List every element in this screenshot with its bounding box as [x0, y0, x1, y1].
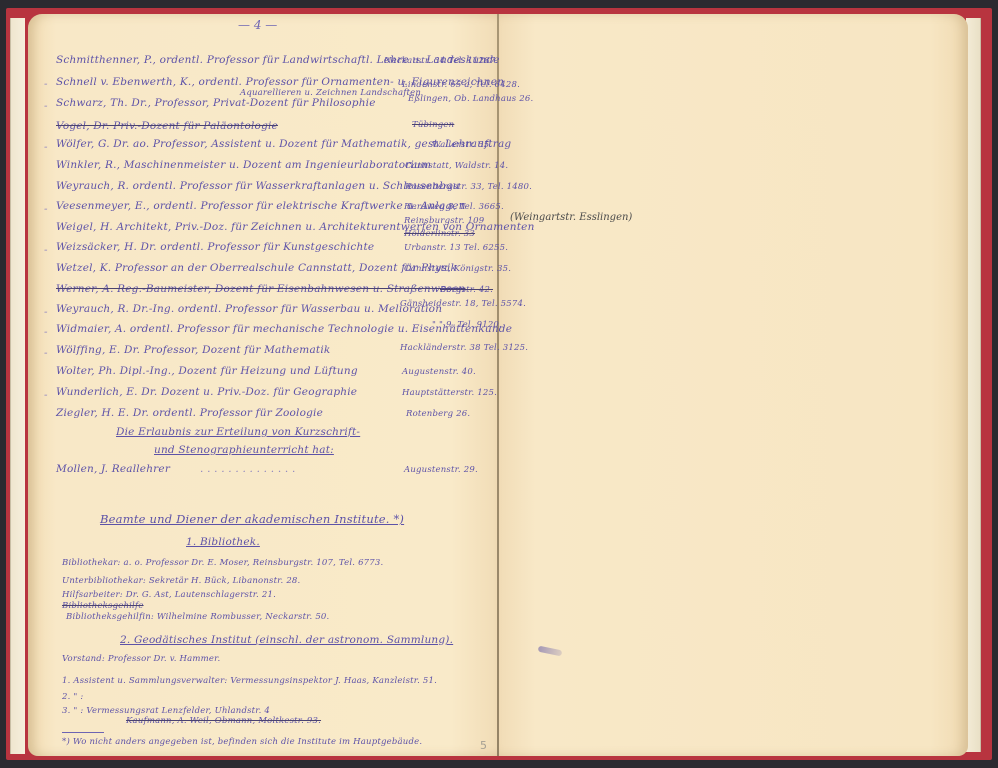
library-line: Hilfsarbeiter: Dr. G. Ast, Lautenschlage… [62, 590, 276, 600]
entry-dash: - [44, 203, 48, 215]
entry-name: Wetzel, K. Professor an der Oberrealschu… [56, 262, 457, 274]
entry-dash: - [44, 141, 48, 153]
library-line: Bibliothekar: a. o. Professor Dr. E. Mos… [62, 558, 383, 568]
entry-dash: - [44, 100, 48, 112]
entry-address: Lindenstr. 65 a, Tel. 6428. [402, 80, 520, 90]
library-line: Unterbibliothekar: Sekretär H. Bück, Lib… [62, 576, 300, 586]
geodesy-line-struck: Kaufmann, A. Weil, Obmann, Moltkestr. 93… [126, 716, 321, 726]
section-heading-stenography-1: Die Erlaubnis zur Erteilung von Kurzschr… [116, 426, 360, 438]
entry-address: Reinsburgstr. 109 [404, 216, 484, 226]
stenography-entry-address: Augustenstr. 29. [404, 465, 478, 475]
entry-name-struck: Vogel, Dr. Priv.-Dozent für Paläontologi… [56, 120, 278, 132]
entry-address-struck: Tübingen [412, 120, 454, 130]
geodesy-line: 3. " : Vermessungsrat Lenzfelder, Uhland… [62, 706, 270, 716]
entry-name: Weyrauch, R. Dr.-Ing. ordentl. Professor… [56, 303, 442, 315]
dot-leader: . . . . . . . . . . . . . . [200, 463, 296, 475]
entry-address: Rosenbergstr. 33, Tel. 1480. [405, 182, 532, 192]
entry-address: Rotenberg 26. [406, 409, 470, 419]
entry-name: Weizsäcker, H. Dr. ordentl. Professor fü… [56, 241, 374, 253]
entry-address: Urbanstr. 13 Tel. 6255. [404, 243, 508, 253]
entry-address: Gänsheidestr. 18, Tel. 5574. [400, 299, 526, 309]
entry-address: Hauptstätterstr. 125. [402, 388, 497, 398]
entry-name: Wölffing, E. Dr. Professor, Dozent für M… [56, 344, 330, 356]
geodesy-line: 1. Assistent u. Sammlungsverwalter: Verm… [62, 676, 437, 686]
entry-address: Hackländerstr. 38 Tel. 3125. [400, 343, 528, 353]
entry-name: Winkler, R., Maschinenmeister u. Dozent … [56, 159, 431, 171]
folio-number: 5 [480, 739, 487, 752]
entry-address: " " 9, Tel. 9120. [432, 320, 502, 330]
footnote-rule [62, 732, 104, 733]
geodesy-line: Vorstand: Professor Dr. v. Hammer. [62, 654, 220, 664]
entry-address: Cannstatt, Königstr. 35. [404, 264, 511, 274]
entry-name: Ziegler, H. E. Dr. ordentl. Professor fü… [56, 407, 323, 419]
pencil-note: (Weingartstr. Esslingen) [510, 212, 632, 223]
entry-name: Schwarz, Th. Dr., Professor, Privat-Doze… [56, 97, 376, 109]
stenography-entry-name: Mollen, J. Reallehrer [56, 463, 170, 475]
entry-dash: - [44, 244, 48, 256]
geodesy-line: 2. " : [62, 692, 84, 702]
entry-address: Cannstatt, Waldstr. 14. [405, 161, 508, 171]
library-line: Bibliotheksgehilfin: Wilhelmine Rombusse… [66, 612, 329, 622]
page-marker: — 4 — [238, 18, 277, 32]
entry-address: Augustenstr. 40. [402, 367, 476, 377]
entry-name-struck: Werner, A. Reg.-Baumeister, Dozent für E… [56, 283, 465, 295]
entry-address-struck: Bergstr. 42. [440, 285, 493, 295]
page-stack-right [966, 18, 981, 752]
entry-dash: - [44, 347, 48, 359]
page-stack-left [10, 18, 25, 754]
entry-address: Herdweg 8, Tel. 3665. [404, 202, 504, 212]
subsection-library: 1. Bibliothek. [186, 536, 260, 548]
entry-dash: - [44, 78, 48, 90]
entry-address-struck: Hölderlinstr. 33 [404, 229, 475, 239]
entry-address: Wallerstr. 55. [432, 140, 492, 150]
entry-name: Wolter, Ph. Dipl.-Ing., Dozent für Heizu… [56, 365, 358, 377]
entry-dash: - [44, 389, 48, 401]
right-page [498, 14, 968, 756]
section-heading-institutes: Beamte und Diener der akademischen Insti… [100, 512, 404, 526]
library-line-struck: Bibliotheksgehilfe [62, 601, 144, 611]
entry-address: Eßlingen, Ob. Landhaus 26. [408, 94, 533, 104]
entry-dash: - [44, 326, 48, 338]
entry-name: Weyrauch, R. ordentl. Professor für Wass… [56, 180, 460, 192]
entry-dash: - [44, 306, 48, 318]
footnote: *) Wo nicht anders angegeben ist, befind… [62, 737, 422, 747]
section-heading-stenography-2: und Stenographieunterricht hat: [154, 444, 334, 456]
book-gutter [497, 14, 499, 756]
subsection-geodesy: 2. Geodätisches Institut (einschl. der a… [120, 634, 453, 646]
entry-name: Wunderlich, E. Dr. Dozent u. Priv.-Doz. … [56, 386, 357, 398]
entry-address: Neckarstr. 34 Tel. 11287. [384, 56, 498, 66]
